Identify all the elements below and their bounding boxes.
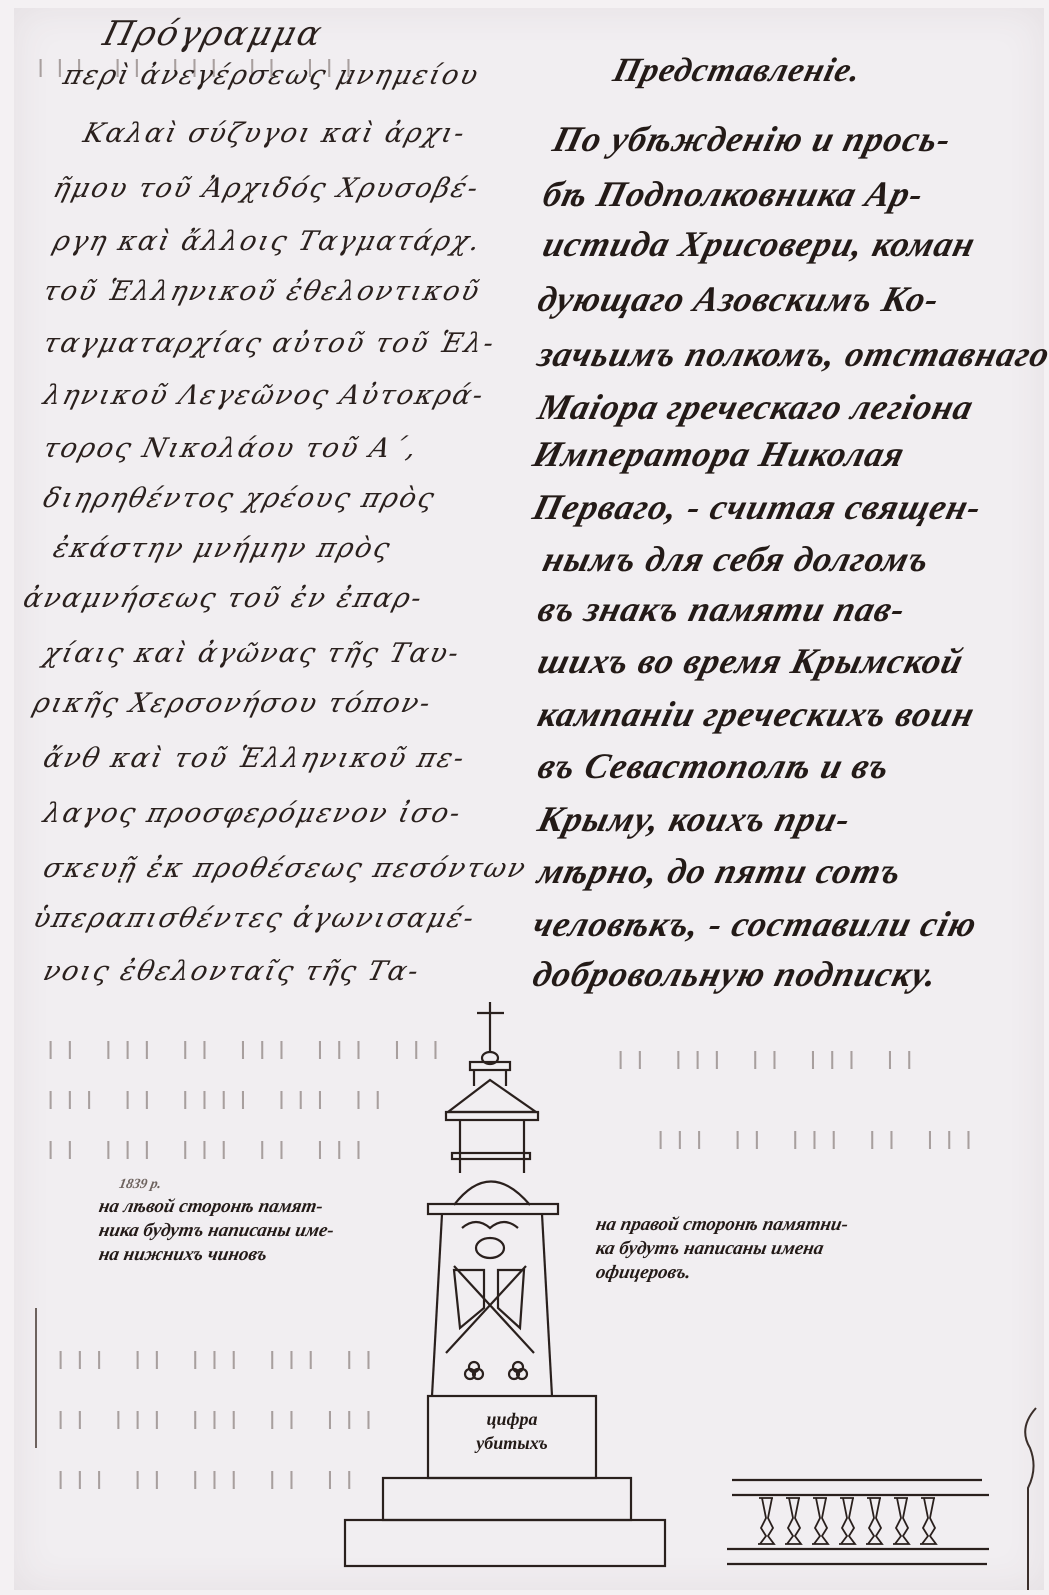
right-caption-line: офицеровъ. <box>594 1261 693 1285</box>
right-caption-line: на правой сторонѣ памятни- <box>594 1213 850 1237</box>
left-caption-line: на лѣвой сторонѣ памят- <box>97 1195 325 1219</box>
balustrade-drawing <box>727 1480 989 1564</box>
left-caption-line: на нижнихъ чиновъ <box>97 1243 269 1267</box>
manuscript-page: \\\ \\ \\\ \\ \\\ \\ \\\ \\ \\\ \\\ \\\ … <box>14 8 1044 1590</box>
right-caption-line: ка будутъ написаны имена <box>594 1237 826 1261</box>
cross-icon <box>477 1002 504 1053</box>
balusters <box>758 1498 936 1544</box>
annotation-above-caption: 1839 р. <box>117 1173 163 1197</box>
pedestal-label-line: цифра <box>428 1408 596 1430</box>
monument-drawing <box>14 8 1044 1590</box>
page-edge <box>1025 1408 1036 1590</box>
pedestal-label-line: убитыхъ <box>428 1432 596 1454</box>
left-caption-line: ника будутъ написаны име- <box>97 1219 336 1243</box>
